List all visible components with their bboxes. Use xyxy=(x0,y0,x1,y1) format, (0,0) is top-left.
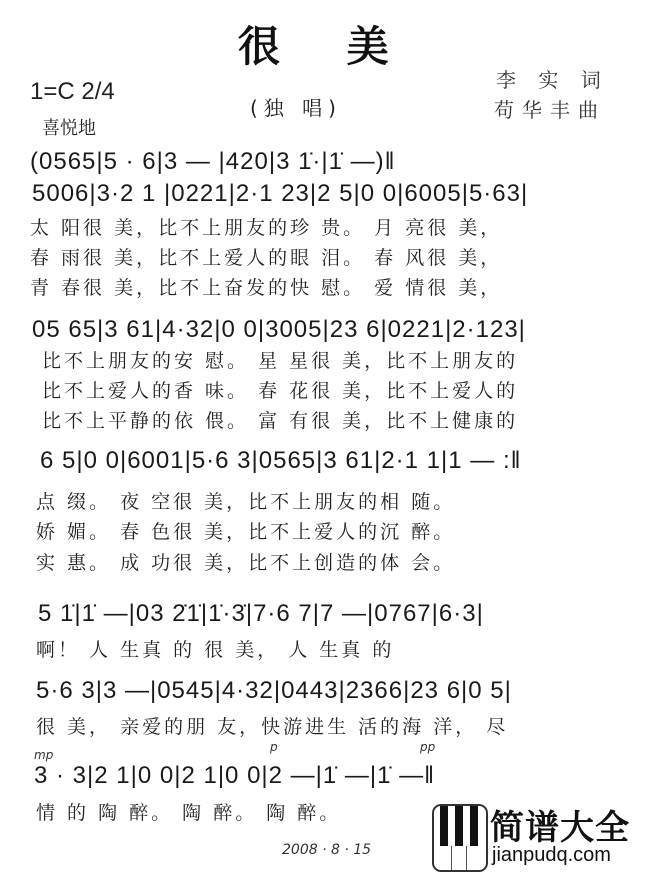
lyric-line-4-verse-2: 娇 媚。 春 色很 美，比不上爱人的沉 醉。 xyxy=(36,517,455,544)
song-title: 很 美 xyxy=(238,14,415,74)
watermark-title: 简谱大全 xyxy=(490,800,630,849)
performance-type: (独 唱) xyxy=(250,92,342,121)
lyric-line-6: 很 美， 亲爱的朋 友，快游进生 活的海 洋， 尽 xyxy=(36,712,508,739)
score-line-2-notes: 5006|3·2 1 |0221|2·1 23|2 5|0 0|6005|5·6… xyxy=(32,180,528,208)
lyric-line-5: 啊！ 人 生真 的 很 美， 人 生真 的 xyxy=(36,635,394,662)
lyric-line-3-verse-1: 比不上朋友的安 慰。 星 星很 美，比不上朋友的 xyxy=(42,346,518,373)
dynamic-p: p xyxy=(270,740,278,754)
dynamic-pp: pp xyxy=(420,740,435,754)
score-line-7-notes: 3 · 3|2 1|0 0|2 1|0 0|2 —|1̇ —|1̇ —‖ xyxy=(34,762,435,790)
score-line-1-notes: (0565|5 · 6|3 — |420|3 1̇·|1̇ —)‖ xyxy=(30,148,396,176)
tempo-marking: 喜悦地 xyxy=(42,114,96,140)
score-line-5-notes: 5 1̇|1̇ —|03 2̇1̇|1̇·3̇|7·6 7|7 —|0767|6… xyxy=(38,600,484,628)
score-line-4-notes: 6 5|0 0|6001|5·6 3|0565|3 61|2·1 1|1 — :… xyxy=(40,447,522,475)
score-line-6-notes: 5·6 3|3 —|0545|4·32|0443|2366|23 6|0 5| xyxy=(36,677,512,705)
lyric-line-4-verse-1: 点 缀。 夜 空很 美，比不上朋友的相 随。 xyxy=(36,487,455,514)
watermark-logo: 简谱大全 jianpudq.com xyxy=(432,800,646,872)
lyric-line-2-verse-2: 春 雨很 美，比不上爱人的眼 泪。 春 风很 美， xyxy=(30,243,502,270)
lyric-line-4-verse-3: 实 惠。 成 功很 美，比不上创造的体 会。 xyxy=(36,548,455,575)
lyric-line-3-verse-2: 比不上爱人的香 味。 春 花很 美，比不上爱人的 xyxy=(42,376,518,403)
composer-credit: 苟华丰曲 xyxy=(494,94,606,123)
watermark-url: jianpudq.com xyxy=(492,844,611,867)
lyric-line-2-verse-3: 青 春很 美，比不上奋发的快 慰。 爱 情很 美， xyxy=(30,273,502,300)
lyricist-credit: 李 实 词 xyxy=(496,64,609,93)
lyric-line-7: 情 的 陶 醉。 陶 醉。 陶 醉。 xyxy=(36,798,341,825)
lyric-line-3-verse-3: 比不上平静的依 偎。 富 有很 美，比不上健康的 xyxy=(42,406,518,433)
score-line-3-notes: 05 65|3 61|4·32|0 0|3005|23 6|0221|2·123… xyxy=(32,316,526,344)
piano-keys-icon xyxy=(432,804,488,872)
lyric-line-2-verse-1: 太 阳很 美，比不上朋友的珍 贵。 月 亮很 美， xyxy=(30,213,502,240)
key-signature: 1=C 2/4 xyxy=(30,78,115,106)
date-stamp: 2008 · 8 · 15 xyxy=(282,842,371,858)
dynamic-mp: mp xyxy=(34,748,53,762)
